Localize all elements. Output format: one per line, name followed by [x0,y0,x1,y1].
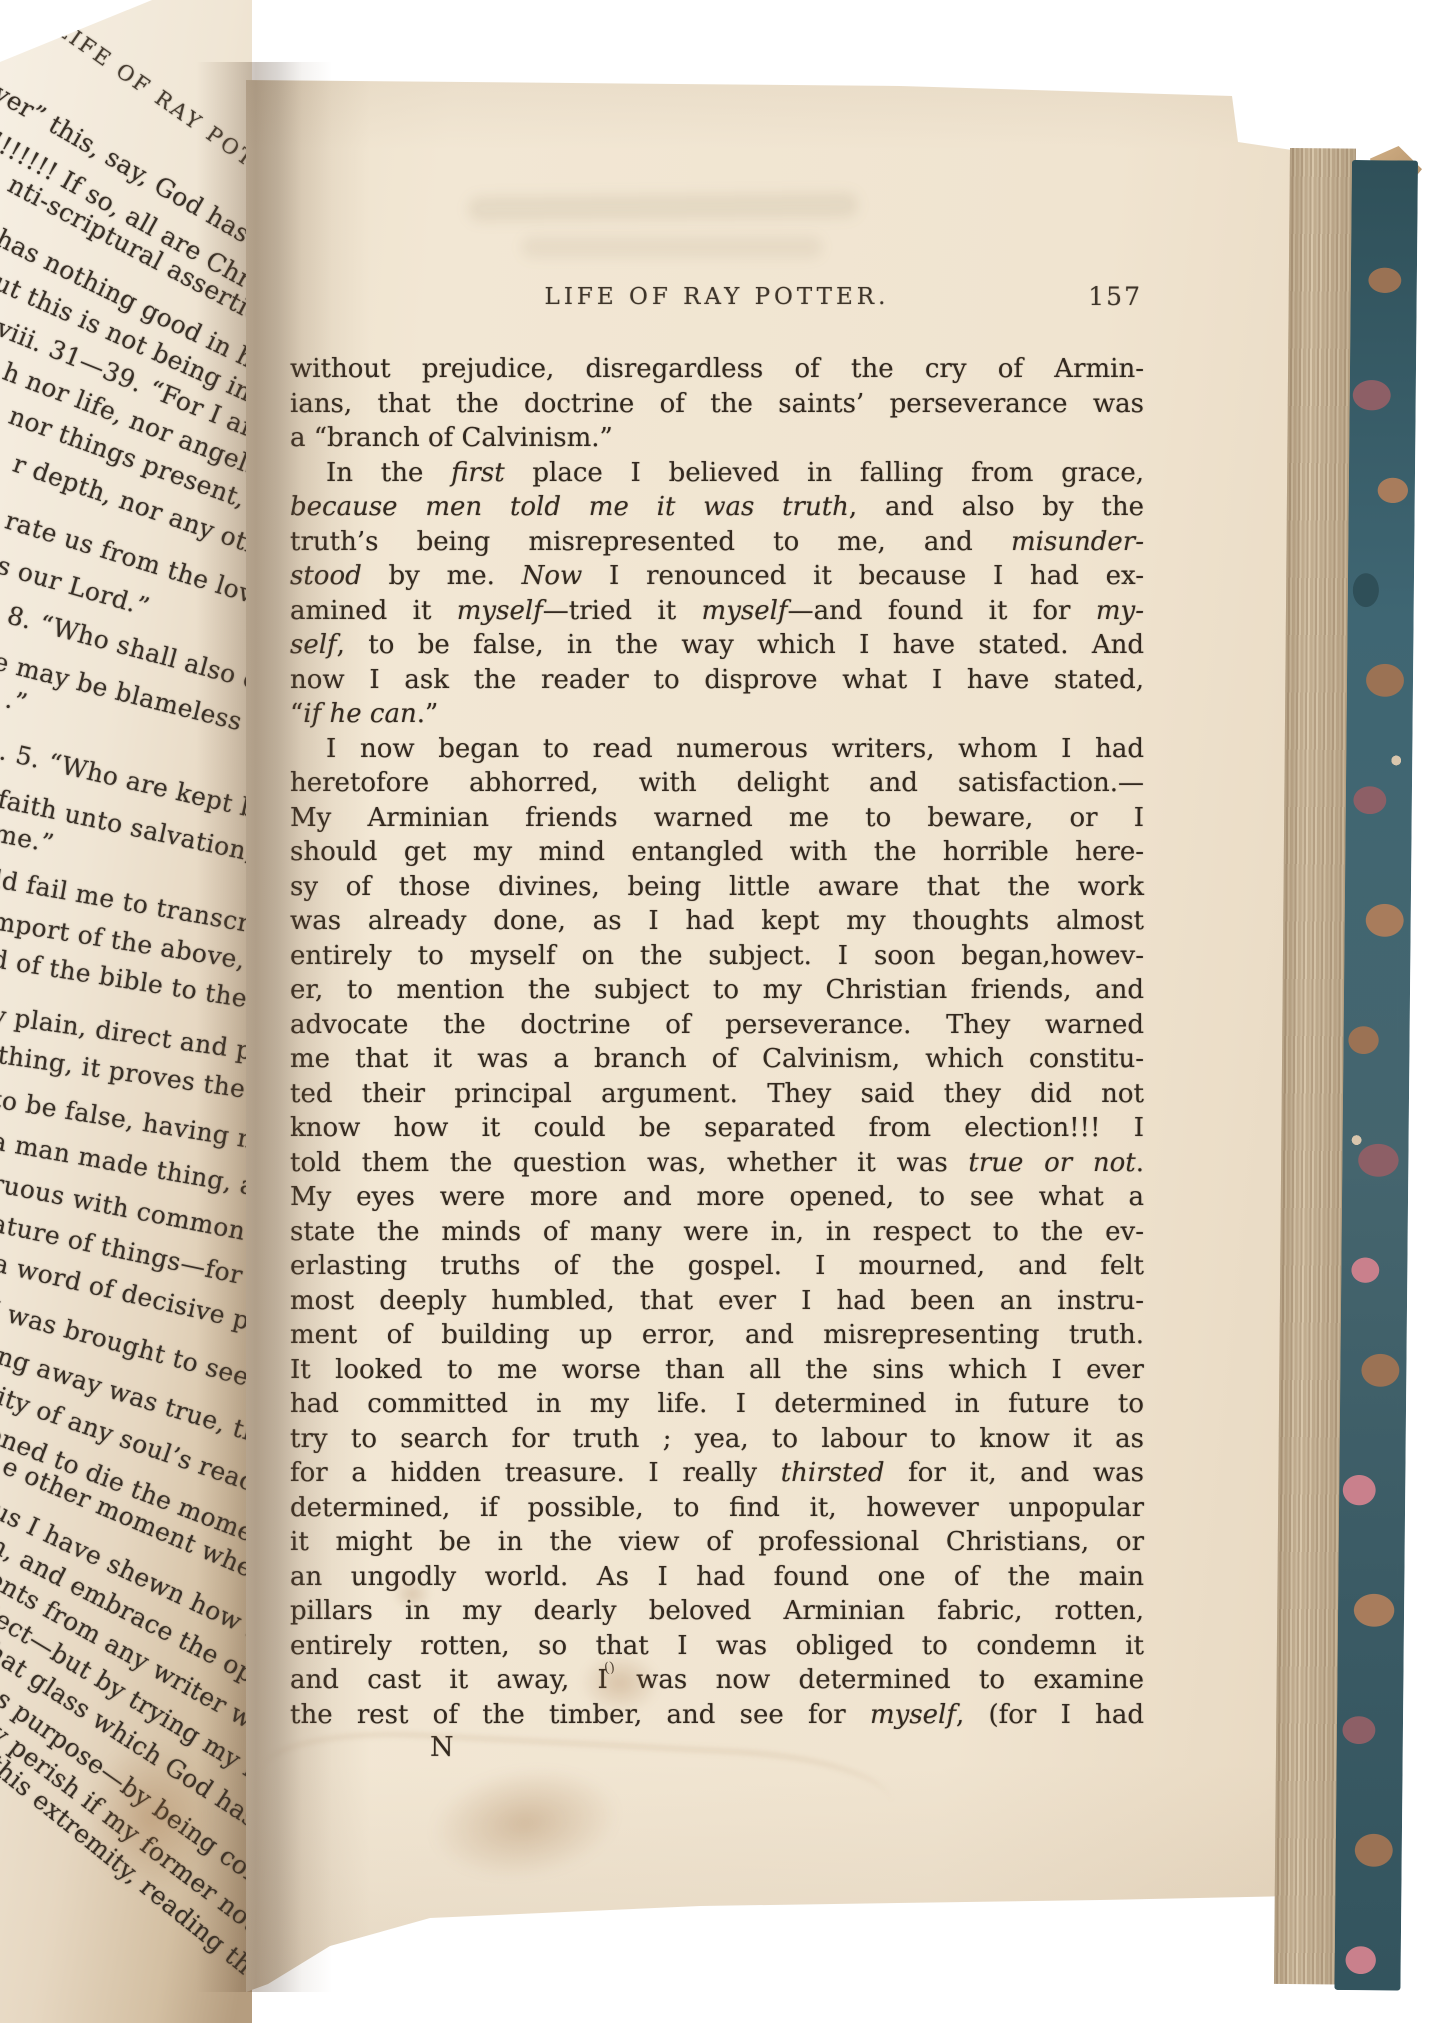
running-header-row: LIFE OF RAY POTTER. 157 [290,284,1144,310]
text-line: pillars in my dearly beloved Arminian fa… [290,1594,1144,1629]
left-page-line: .” [2,684,30,717]
text-line: told them the question was, whether it w… [290,1146,1144,1181]
text-line: know how it could be separated from elec… [290,1111,1144,1146]
show-through-text [468,192,858,222]
running-header: LIFE OF RAY POTTER. [545,284,890,310]
left-page: LIFE OF RAY POTTERver” this, say, God ha… [0,0,252,2023]
text-line: without prejudice, disregardless of the … [290,352,1144,387]
text-line: state the minds of many were in, in resp… [290,1215,1144,1250]
print-artifact: () [603,1659,616,1676]
right-page-text: without prejudice, disregardless of the … [290,352,1144,1732]
text-line: the rest of the timber, and see for myse… [290,1698,1144,1733]
text-line: “if he can.” [290,697,1144,732]
text-line: and cast it away, I was now determined t… [290,1663,1144,1698]
text-line: was already done, as I had kept my thoug… [290,904,1144,939]
text-line: It looked to me worse than all the sins … [290,1353,1144,1388]
text-line: entirely to myself on the subject. I soo… [290,939,1144,974]
text-line: truth’s being misrepresented to me, and … [290,525,1144,560]
text-line: determined, if possible, to find it, how… [290,1491,1144,1526]
text-line: had committed in my life. I determined i… [290,1387,1144,1422]
text-line: because men told me it was truth, and al… [290,490,1144,525]
left-page-line: me.” [0,818,56,858]
text-line: advocate the doctrine of perseverance. T… [290,1008,1144,1043]
text-line: ment of building up error, and misrepres… [290,1318,1144,1353]
text-line: ted their principal argument. They said … [290,1077,1144,1112]
text-line: erlasting truths of the gospel. I mourne… [290,1249,1144,1284]
text-line: an ungodly world. As I had found one of … [290,1560,1144,1595]
stain [423,1755,626,1890]
text-line: should get my mind entangled with the ho… [290,835,1144,870]
text-line: er, to mention the subject to my Christi… [290,973,1144,1008]
text-line: stood by me. Now I renounced it because … [290,559,1144,594]
text-line: me that it was a branch of Calvinism, wh… [290,1042,1144,1077]
text-line: ians, that the doctrine of the saints’ p… [290,387,1144,422]
text-line: now I ask the reader to disprove what I … [290,663,1144,698]
page-number: 157 [1088,282,1142,311]
text-line: In the first place I believed in falling… [290,456,1144,491]
text-line: most deeply humbled, that ever I had bee… [290,1284,1144,1319]
text-line: try to search for truth ; yea, to labour… [290,1422,1144,1457]
text-line: heretofore abhorred, with delight and sa… [290,766,1144,801]
book-photo: LIFE OF RAY POTTERver” this, say, God ha… [0,0,1445,2023]
text-line: self, to be false, in the way which I ha… [290,628,1144,663]
text-line: sy of those divines, being little aware … [290,870,1144,905]
left-page-text: LIFE OF RAY POTTERver” this, say, God ha… [0,0,252,2023]
show-through-text [522,236,822,258]
text-line: it might be in the view of professional … [290,1525,1144,1560]
text-line: My Arminian friends warned me to beware,… [290,801,1144,836]
text-line: entirely rotten, so that I was obliged t… [290,1629,1144,1664]
text-line: amined it myself—tried it myself—and fou… [290,594,1144,629]
text-line: I now began to read numerous writers, wh… [290,732,1144,767]
text-line: for a hidden treasure. I really thirsted… [290,1456,1144,1491]
page-crease [260,1726,894,1848]
text-line: My eyes were more and more opened, to se… [290,1180,1144,1215]
signature-mark: N [430,1732,454,1763]
text-line: a “branch of Calvinism.” [290,421,1144,456]
